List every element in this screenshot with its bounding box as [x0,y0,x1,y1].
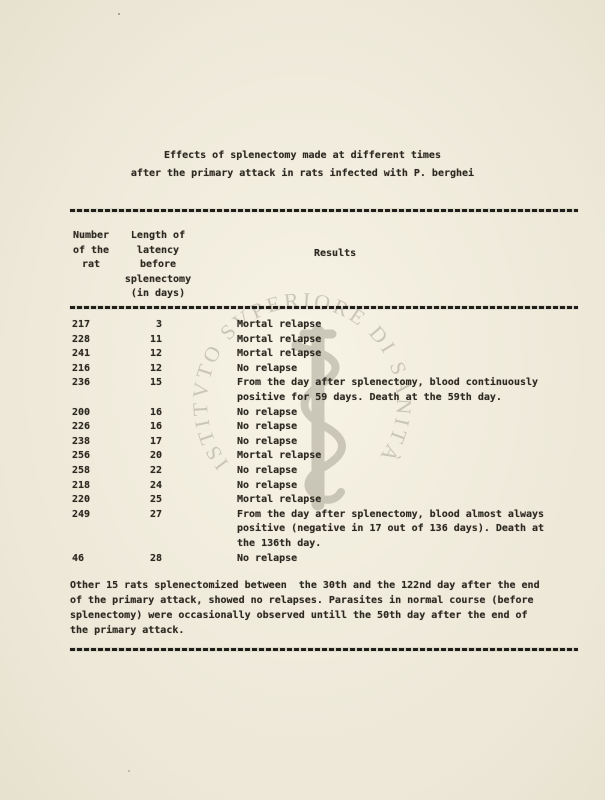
result: No relapse [237,552,553,567]
column-header-rat-number: Number of the rat [70,229,112,273]
latency-days: 27 [122,508,162,523]
title-line-2: after the primary attack in rats infecte… [0,165,605,183]
table-row: 258 22 No relapse [0,464,605,479]
horizontal-rule-header [70,306,578,309]
result: No relapse [237,406,553,421]
result: From the day after splenectomy, blood co… [237,376,553,405]
document-title: Effects of splenectomy made at different… [0,147,605,183]
rat-number: 228 [70,333,122,348]
result: Mortal relapse [237,333,553,348]
table-row: 226 16 No relapse [0,420,605,435]
result: From the day after splenectomy, blood al… [237,508,553,552]
rat-number: 236 [70,376,122,391]
table-row: 236 15 From the day after splenectomy, b… [0,376,605,405]
latency-days: 16 [122,406,162,421]
column-header-results: Results [314,247,356,262]
rat-number: 217 [70,318,122,333]
latency-days: 12 [122,347,162,362]
result: No relapse [237,362,553,377]
rat-number: 46 [70,552,122,567]
latency-days: 28 [122,552,162,567]
rat-number: 200 [70,406,122,421]
result: Mortal relapse [237,347,553,362]
rat-number: 258 [70,464,122,479]
table-row: 238 17 No relapse [0,435,605,450]
table-row: 46 28 No relapse [0,552,605,567]
rat-number: 238 [70,435,122,450]
latency-days: 11 [122,333,162,348]
latency-days: 22 [122,464,162,479]
table-row: 218 24 No relapse [0,479,605,494]
horizontal-rule-top [70,209,578,212]
rat-number: 249 [70,508,122,523]
latency-days: 3 [122,318,162,333]
result: Mortal relapse [237,493,553,508]
latency-days: 24 [122,479,162,494]
latency-days: 20 [122,449,162,464]
column-header-latency: Length of latency before splenectomy (in… [122,229,194,302]
result: Mortal relapse [237,318,553,333]
rat-number: 218 [70,479,122,494]
results-table: 217 3 Mortal relapse 228 11 Mortal relap… [0,318,605,566]
horizontal-rule-bottom [70,648,578,651]
paper-speck [128,770,130,772]
latency-days: 15 [122,376,162,391]
result: No relapse [237,479,553,494]
rat-number: 216 [70,362,122,377]
rat-number: 256 [70,449,122,464]
table-row: 200 16 No relapse [0,406,605,421]
result: No relapse [237,420,553,435]
table-row: 220 25 Mortal relapse [0,493,605,508]
rat-number: 220 [70,493,122,508]
result: No relapse [237,464,553,479]
rat-number: 226 [70,420,122,435]
table-row: 256 20 Mortal relapse [0,449,605,464]
scanned-document-page: { "document": { "title_lines": [ "Effect… [0,0,605,800]
table-row: 249 27 From the day after splenectomy, b… [0,508,605,552]
rat-number: 241 [70,347,122,362]
latency-days: 25 [122,493,162,508]
footnote-paragraph: Other 15 rats splenectomized between the… [70,579,560,639]
result: No relapse [237,435,553,450]
result: Mortal relapse [237,449,553,464]
latency-days: 12 [122,362,162,377]
latency-days: 17 [122,435,162,450]
table-row: 216 12 No relapse [0,362,605,377]
table-row: 217 3 Mortal relapse [0,318,605,333]
latency-days: 16 [122,420,162,435]
paper-speck [118,13,120,15]
table-row: 241 12 Mortal relapse [0,347,605,362]
title-line-1: Effects of splenectomy made at different… [0,147,605,165]
table-row: 228 11 Mortal relapse [0,333,605,348]
